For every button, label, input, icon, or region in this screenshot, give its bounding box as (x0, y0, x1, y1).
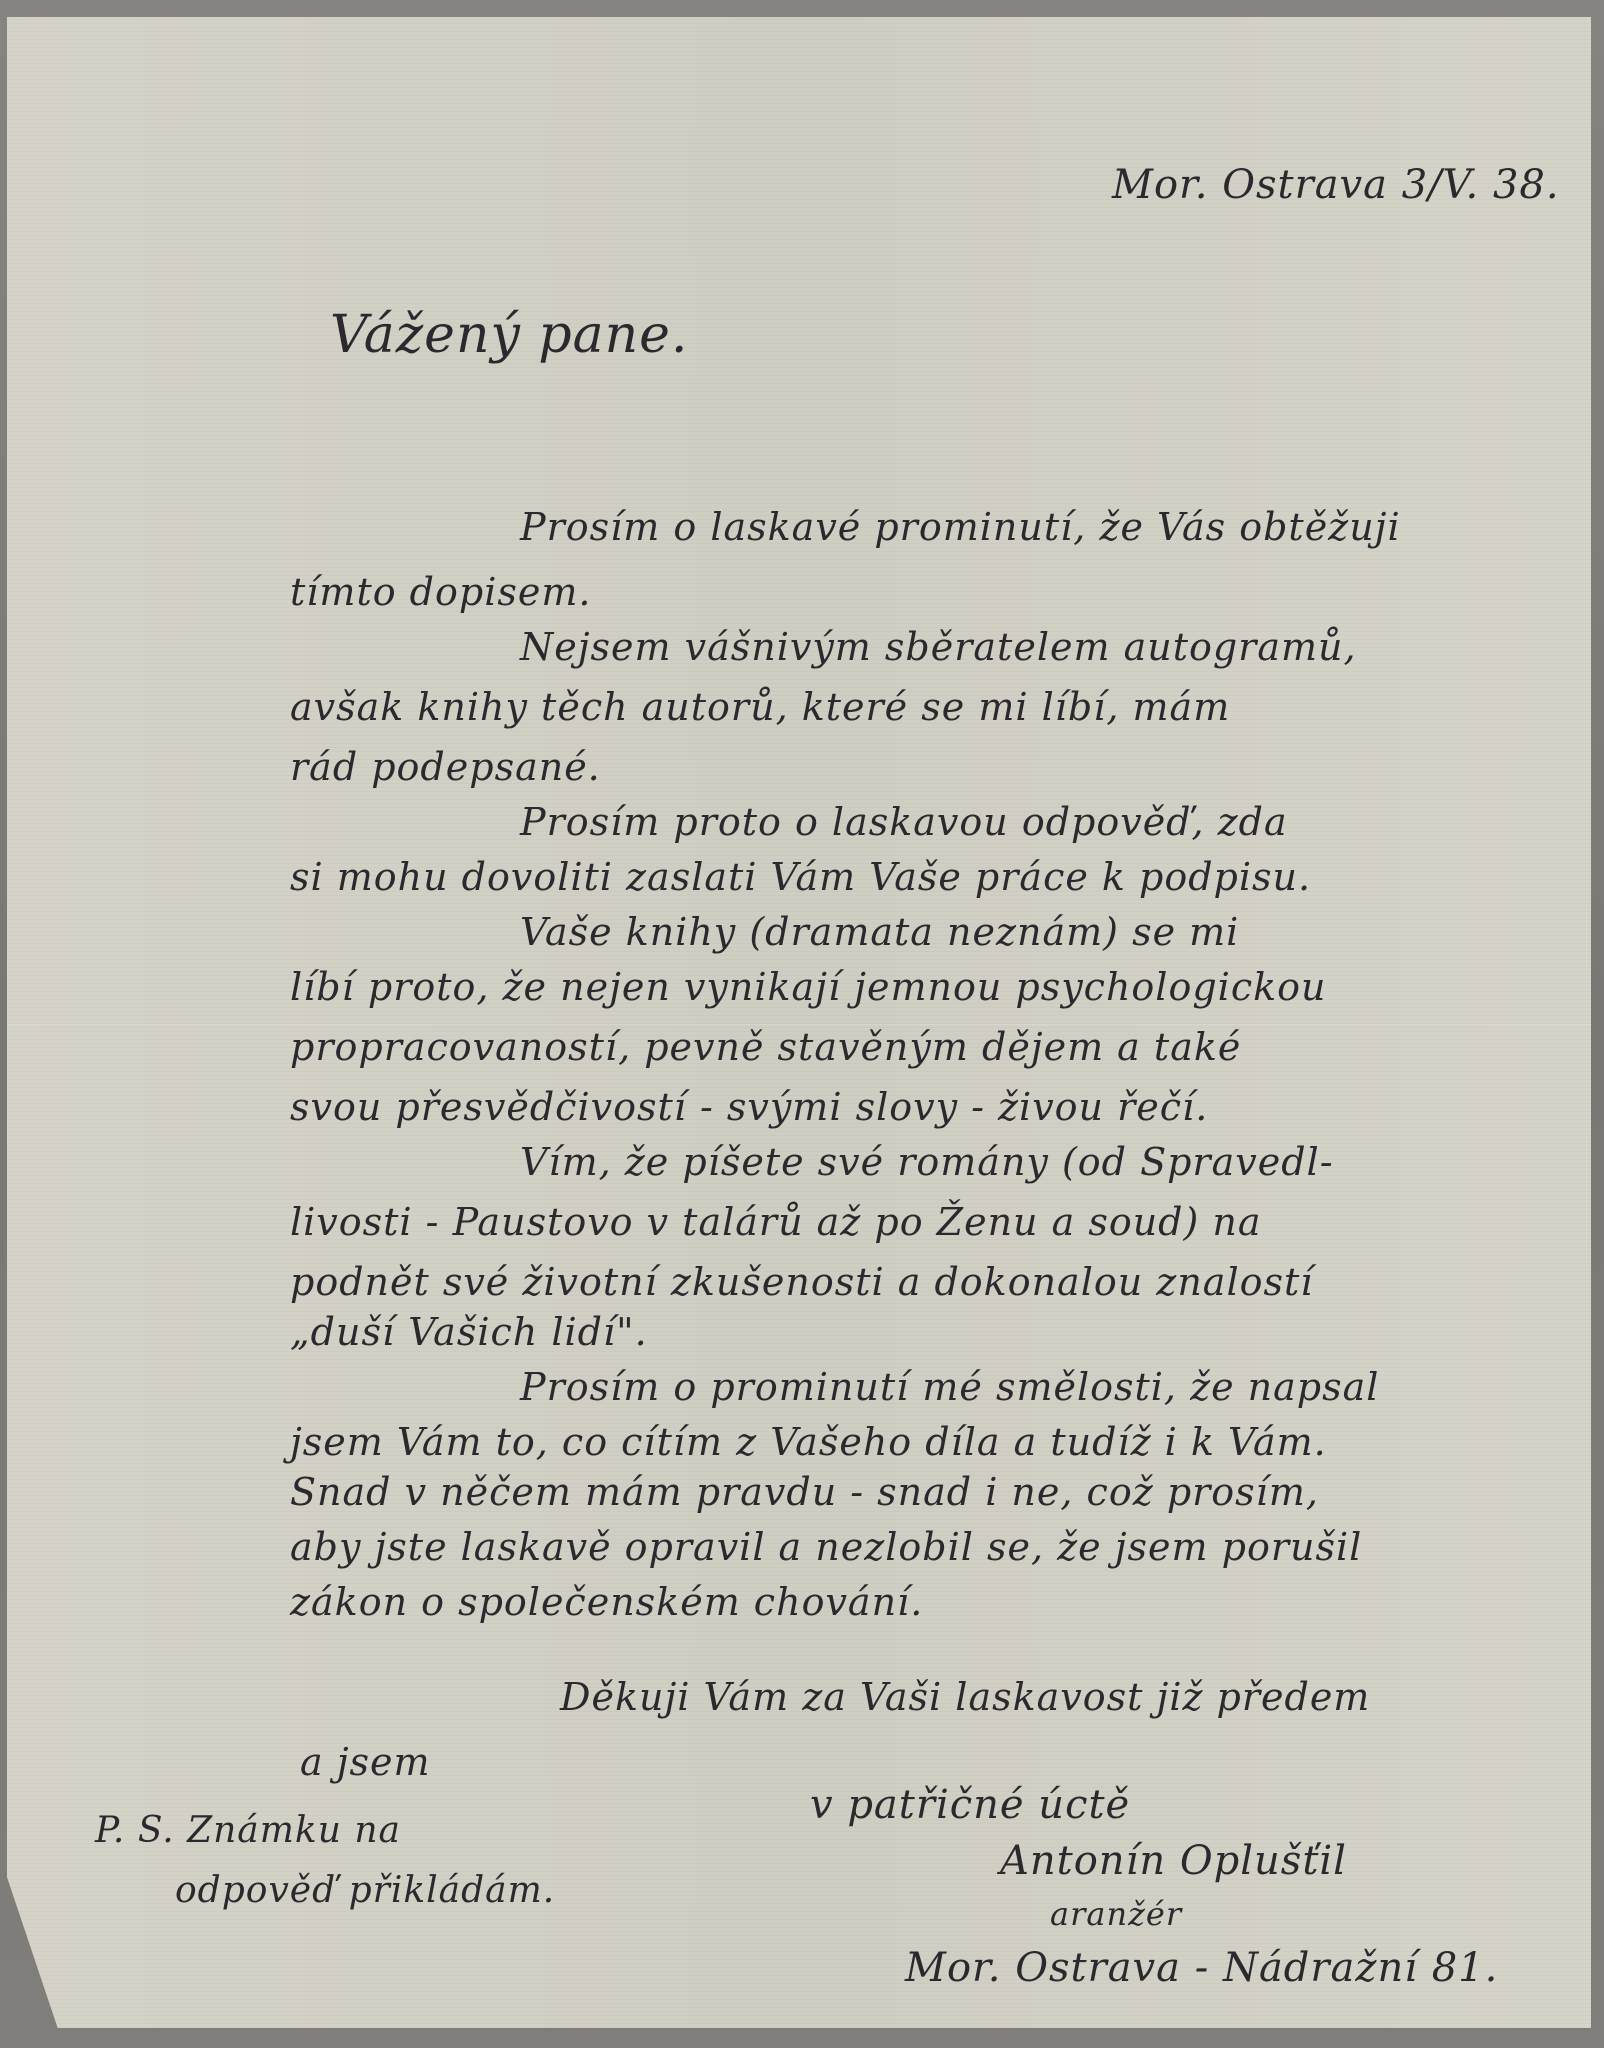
body-line: avšak knihy těch autorů, které se mi líb… (290, 685, 1230, 729)
body-line: Prosím proto o laskavou odpověď, zda (520, 800, 1288, 844)
body-line: aby jste laskavě opravil a nezlobil se, … (290, 1525, 1362, 1569)
letter-paper (7, 17, 1591, 2028)
sender-address: Mor. Ostrava - Nádražní 81. (905, 1945, 1498, 1991)
postscript-line: odpověď přikládám. (175, 1870, 555, 1911)
body-line: podnět své životní zkušenosti a dokonalo… (290, 1260, 1313, 1304)
body-line: propracovaností, pevně stavěným dějem a … (290, 1025, 1241, 1069)
place-date: Mor. Ostrava 3/V. 38. (1112, 162, 1560, 208)
body-line: Prosím o laskavé prominutí, že Vás obtěž… (520, 505, 1401, 549)
body-line: si mohu dovoliti zaslati Vám Vaše práce … (290, 855, 1311, 899)
salutation: Vážený pane. (330, 305, 688, 365)
body-line: Vaše knihy (dramata neznám) se mi (520, 910, 1239, 954)
closing-respect: v patřičné úctě (810, 1782, 1130, 1828)
postscript-line: P. S. Známku na (95, 1810, 401, 1851)
body-line: jsem Vám to, co cítím z Vašeho díla a tu… (290, 1420, 1327, 1464)
body-line: svou přesvědčivostí - svými slovy - živo… (290, 1085, 1208, 1129)
body-line: rád podepsané. (290, 745, 601, 789)
body-line: Nejsem vášnivým sběratelem autogramů, (520, 625, 1357, 669)
body-line: „duší Vašich lidí". (290, 1310, 648, 1354)
body-line: Vím, že píšete své romány (od Spravedl- (520, 1140, 1334, 1184)
signature-name: Antonín Oplušťil (1000, 1838, 1347, 1884)
body-line: livosti - Paustovo v talárů až po Ženu a… (290, 1200, 1262, 1244)
body-line: tímto dopisem. (290, 570, 591, 614)
body-line: Snad v něčem mám pravdu - snad i ne, což… (290, 1470, 1319, 1514)
signature-title: aranžér (1050, 1895, 1182, 1933)
body-line: líbí proto, že nejen vynikají jemnou psy… (290, 965, 1326, 1009)
body-line: Prosím o prominutí mé smělosti, že napsa… (520, 1365, 1379, 1409)
body-line: zákon o společenském chování. (290, 1580, 923, 1624)
closing-a-jsem: a jsem (300, 1740, 431, 1784)
closing-thanks: Děkuji Vám za Vaši laskavost již předem (560, 1675, 1370, 1719)
